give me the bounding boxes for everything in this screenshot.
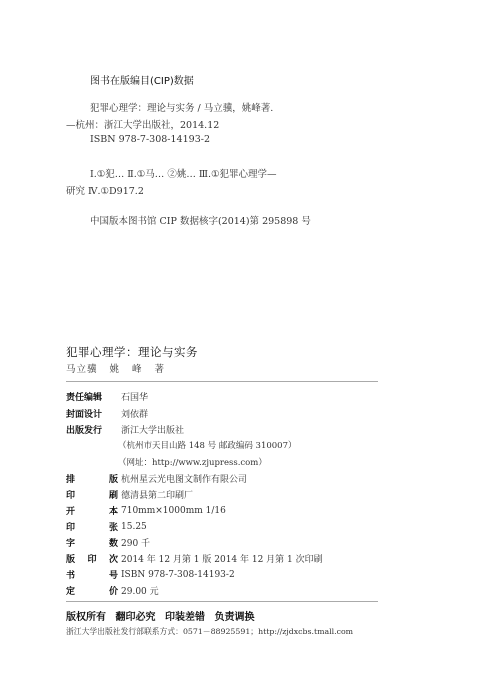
- cip-line: —杭州：浙江大学出版社，2014.12: [66, 117, 219, 131]
- colophon-row: 印张 15.25: [66, 520, 147, 533]
- colophon-label: 开本: [66, 504, 118, 517]
- divider: [66, 381, 378, 382]
- colophon-row: 封面设计 刘依群: [66, 407, 148, 420]
- cip-line: Ⅰ.①犯… Ⅱ.①马… ②姚… Ⅲ.①犯罪心理学—: [90, 166, 277, 180]
- colophon-label: 书号: [66, 568, 118, 581]
- colophon-value: 石国华: [121, 390, 148, 403]
- colophon-row: 书号 ISBN 978-7-308-14193-2: [66, 568, 235, 581]
- colophon-value: 15.25: [121, 522, 147, 532]
- book-title: 犯罪心理学：理论与实务: [66, 344, 198, 360]
- colophon-label: 印张: [66, 520, 118, 533]
- publisher-address: （杭州市天目山路 148 号 邮政编码 310007）: [118, 439, 296, 451]
- cip-line: ISBN 978-7-308-14193-2: [90, 134, 210, 145]
- colophon-row: 责任编辑 石国华: [66, 390, 148, 403]
- colophon-value: 2014 年 12 月第 1 版 2014 年 12 月第 1 次印刷: [121, 552, 323, 565]
- colophon-value: 29.00 元: [121, 584, 159, 597]
- colophon-label: 印刷: [66, 488, 118, 501]
- colophon-row: 出版发行 浙江大学出版社: [66, 423, 184, 436]
- colophon-value: 杭州星云光电图文制作有限公司: [121, 472, 247, 485]
- colophon-value: 德清县第二印刷厂: [121, 488, 193, 501]
- colophon-value: 浙江大学出版社: [121, 423, 184, 436]
- colophon-value: ISBN 978-7-308-14193-2: [121, 570, 235, 580]
- book-authors: 马立骥 姚 峰 著: [66, 361, 165, 375]
- publisher-website: （网址：http://www.zjupress.com）: [118, 456, 267, 468]
- divider: [66, 601, 378, 602]
- colophon-value: 710mm×1000mm 1/16: [121, 506, 226, 516]
- colophon-label: 责任编辑: [66, 390, 118, 403]
- cip-line: 研究 Ⅳ.①D917.2: [66, 183, 144, 197]
- colophon-row: 印刷 德清县第二印刷厂: [66, 488, 193, 501]
- colophon-label: 排版: [66, 472, 118, 485]
- publisher-contact: 浙江大学出版社发行部联系方式：0571－88925591；http://zjdx…: [66, 626, 353, 637]
- colophon-label: 字数: [66, 536, 118, 549]
- colophon-label: 版印次: [66, 552, 118, 565]
- colophon-value: 290 千: [121, 536, 150, 549]
- colophon-row: 开本 710mm×1000mm 1/16: [66, 504, 226, 517]
- cip-title: 图书在版编目(CIP)数据: [90, 72, 194, 87]
- colophon-row: 定价 29.00 元: [66, 584, 159, 597]
- copyright-notice: 版权所有 翻印必究 印装差错 负责调换: [66, 608, 254, 623]
- colophon-value: 刘依群: [121, 407, 148, 420]
- colophon-row: 字数 290 千: [66, 536, 150, 549]
- colophon-label: 封面设计: [66, 407, 118, 420]
- cip-line: 犯罪心理学：理论与实务 / 马立骥，姚峰著.: [90, 100, 273, 114]
- cip-line: 中国版本图书馆 CIP 数据核字(2014)第 295898 号: [90, 213, 311, 227]
- colophon-row: 版印次 2014 年 12 月第 1 版 2014 年 12 月第 1 次印刷: [66, 552, 323, 565]
- colophon-label: 定价: [66, 584, 118, 597]
- colophon-row: 排版 杭州星云光电图文制作有限公司: [66, 472, 247, 485]
- colophon-label: 出版发行: [66, 423, 118, 436]
